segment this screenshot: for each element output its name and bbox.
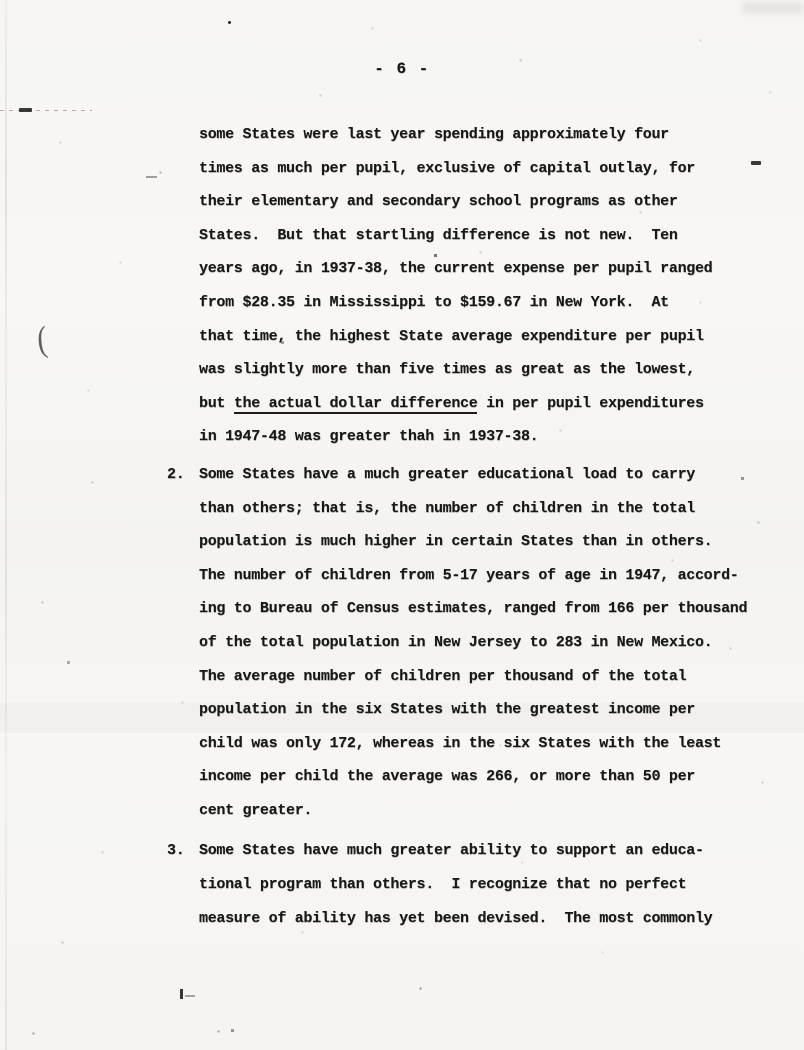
margin-paren-mark: ( (35, 318, 49, 361)
text-line-with-underline: but the actual dollar difference in per … (199, 395, 747, 429)
text-line: tional program than others. I recognize … (199, 876, 747, 910)
document-body: some States were last year spending appr… (199, 126, 747, 943)
text-segment: but (199, 395, 234, 412)
text-line: The number of children from 5-17 years o… (199, 567, 747, 601)
item-number: 3. (167, 842, 184, 859)
text-line: was slightly more than five times as gre… (199, 361, 747, 395)
bottom-tick-mark (180, 989, 183, 999)
text-line: child was only 172, whereas in the six S… (199, 735, 747, 769)
text-line: The average number of children per thous… (199, 668, 747, 702)
scan-smudge (742, 2, 804, 14)
scanned-document-page: { "page": { "number_label": "- 6 -" }, "… (0, 0, 804, 1050)
text-line: that time, the highest State average exp… (199, 328, 747, 362)
numbered-item-3: 3.Some States have much greater ability … (199, 842, 747, 943)
text-line: 3.Some States have much greater ability … (199, 842, 747, 876)
paragraph-continuation: some States were last year spending appr… (199, 126, 747, 462)
right-edge-dash (751, 161, 761, 165)
left-edge-dash-dark (19, 108, 32, 112)
text-line: than others; that is, the number of chil… (199, 500, 747, 534)
underlined-text: the actual dollar difference (234, 395, 478, 415)
text-line: years ago, in 1937-38, the current expen… (199, 260, 747, 294)
text-line: population in the six States with the gr… (199, 701, 747, 735)
page-number: - 6 - (0, 60, 804, 78)
text-segment: Some States have much greater ability to… (199, 842, 704, 859)
text-line: of the total population in New Jersey to… (199, 634, 747, 668)
text-line: from $28.35 in Mississippi to $159.67 in… (199, 294, 747, 328)
paper-crease (5, 0, 7, 1050)
text-line: in 1947-48 was greater thah in 1937-38. (199, 428, 747, 462)
text-line: income per child the average was 266, or… (199, 768, 747, 802)
text-line: 2.Some States have a much greater educat… (199, 466, 747, 500)
text-line: cent greater. (199, 802, 747, 836)
ink-dot (228, 21, 231, 24)
scan-noise-specks (0, 0, 1, 1)
left-edge-dash-faint (0, 110, 92, 111)
text-line: their elementary and secondary school pr… (199, 193, 747, 227)
text-segment: in per pupil expenditures (477, 395, 703, 412)
text-line: times as much per pupil, exclusive of ca… (199, 160, 747, 194)
small-margin-dash (146, 176, 157, 178)
text-line: ing to Bureau of Census estimates, range… (199, 600, 747, 634)
text-line: States. But that startling difference is… (199, 227, 747, 261)
text-line: measure of ability has yet been devised.… (199, 910, 747, 944)
text-line: population is much higher in certain Sta… (199, 533, 747, 567)
numbered-item-2: 2.Some States have a much greater educat… (199, 466, 747, 836)
text-line: some States were last year spending appr… (199, 126, 747, 160)
text-segment: Some States have a much greater educatio… (199, 466, 695, 483)
item-number: 2. (167, 466, 184, 483)
bottom-tick-tail (185, 995, 195, 997)
